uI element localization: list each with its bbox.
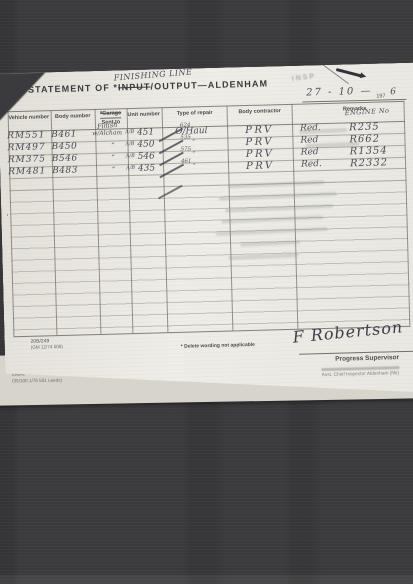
- body-number: B483: [52, 165, 78, 176]
- delete-wording-note: * Delete wording not applicable: [181, 342, 255, 350]
- repair-number: 461: [181, 158, 192, 164]
- engine-number: R2332: [350, 157, 388, 169]
- repair-number: 575: [181, 146, 192, 152]
- body-contractor: PRV: [246, 148, 275, 160]
- handwritten-engine-no-label: ENGINE No: [344, 107, 389, 118]
- scanner-edge-band: [0, 575, 413, 584]
- unit-number: A/B 451: [125, 127, 154, 138]
- column-header-garage-struck: *Garage: [100, 110, 121, 117]
- column-header-body: Body number: [55, 113, 91, 120]
- vehicle-number: RM497: [7, 142, 45, 153]
- unit-prefix: A/B: [126, 153, 135, 159]
- vehicle-number: RM375: [8, 154, 46, 165]
- body-number: B546: [52, 153, 78, 164]
- handwritten-slash: [159, 163, 183, 177]
- distribution-note: Asst. Chief Inspector Aldenham (file): [322, 371, 400, 378]
- unit-number: A/B 435: [126, 163, 155, 174]
- form-reference-1-print-code: (GM 12/74 506): [31, 344, 63, 350]
- engine-number: R235: [349, 122, 380, 134]
- form-title: STATEMENT OF *INPUT/OUTPUT—ALDENHAM: [28, 78, 268, 94]
- column-header-repair: Type of repair: [177, 110, 213, 117]
- repair-ditto: ″: [193, 162, 196, 170]
- repair-number: 535: [180, 134, 191, 140]
- column-header-contractor: Body contractor: [238, 108, 281, 115]
- repair-ditto: ″: [193, 150, 196, 158]
- signature-role: Progress Supervisor: [335, 354, 399, 363]
- folded-corner: [0, 72, 47, 121]
- sent-to-entry: w/Alcham: [92, 129, 122, 137]
- body-contractor: PRV: [245, 124, 274, 136]
- vehicle-number: RM481: [8, 166, 46, 177]
- repair-ditto: ″: [192, 138, 195, 146]
- handwritten-year-digit: 6: [390, 87, 396, 97]
- unit-value: 435: [138, 163, 155, 173]
- body-number: B461: [51, 129, 77, 140]
- faint-text-line: [321, 366, 399, 371]
- unit-value: 451: [137, 127, 154, 137]
- colour-entry: Red.: [301, 159, 322, 170]
- statement-form-page: STATEMENT OF *INPUT/OUTPUT—ALDENHAM FINI…: [0, 63, 413, 418]
- column-header-unit: Unit number: [127, 111, 160, 118]
- unit-prefix: A/B: [126, 164, 135, 170]
- pen-stroke-mark: [323, 64, 349, 84]
- engine-number: R1354: [350, 145, 388, 157]
- form-title-struck-word: INPUT: [118, 82, 151, 93]
- body-contractor: PRV: [245, 136, 274, 148]
- scanner-background: 20B/2 (35/100 1/76 501 Leeds) STATEMENT …: [0, 0, 413, 584]
- form-title-suffix: /OUTPUT—ALDENHAM: [150, 78, 268, 91]
- unit-number: A/B 450: [125, 139, 154, 150]
- table-ruled-lines: [10, 181, 411, 336]
- unit-value: 546: [138, 151, 155, 161]
- form-reference-2-print-code: (35/100 1/76 501 Leeds): [12, 378, 62, 384]
- body-contractor: PRV: [246, 160, 275, 172]
- unit-prefix: A/B: [125, 129, 134, 135]
- unit-prefix: A/B: [125, 141, 134, 147]
- colour-entry: Red: [301, 147, 319, 157]
- body-number: B450: [51, 141, 77, 152]
- sent-to-ditto: ″: [112, 165, 115, 174]
- sent-to-ditto: ″: [112, 153, 115, 162]
- unit-number: A/B 546: [126, 151, 155, 162]
- vehicle-number: RM551: [7, 130, 45, 141]
- stray-pen-mark: ‛: [6, 213, 8, 221]
- sent-to-ditto: ″: [111, 141, 114, 150]
- handwritten-date: 27 - 10 —: [306, 86, 373, 99]
- inspection-stamp: INSP: [291, 73, 316, 83]
- unit-value: 450: [137, 139, 154, 149]
